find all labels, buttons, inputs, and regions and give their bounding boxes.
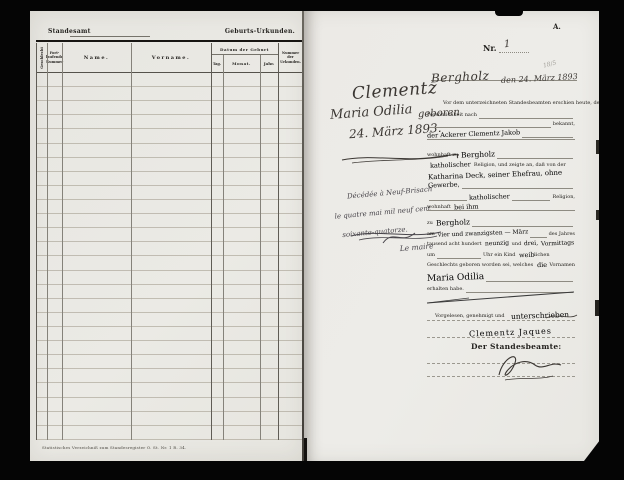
blank-rule: [427, 139, 575, 140]
page-gutter: [302, 11, 304, 461]
column-header-number: Fort- laufende Nummer: [47, 43, 62, 72]
frame-bottom: [0, 461, 624, 480]
right-page: A. 18/5 Clementz Maria Odilia geboren 24…: [303, 11, 599, 461]
table-row: [36, 101, 303, 115]
time-hw: Vormittags: [541, 239, 574, 248]
column-header-vorname: Vorname.: [131, 43, 211, 72]
table-row: [36, 383, 303, 397]
death-annotation-line2: le quatre mai mil neuf cent: [334, 204, 431, 221]
year-hw2: drei,: [524, 240, 538, 248]
table-vline: [278, 43, 279, 440]
nr-rule: [499, 52, 529, 53]
place2-hw: Bergholz: [436, 218, 470, 227]
names-hw: Maria Odilia: [427, 273, 484, 283]
table-row: [36, 200, 303, 214]
form-declarant-line: der Ackerer Clementz Jakob: [427, 128, 575, 138]
table-row: [36, 172, 303, 186]
table-row: [36, 256, 303, 270]
form-known-line: bekannt,: [427, 118, 575, 128]
form-religion1-line: katholischer Religion, und zeigte an, da…: [430, 159, 575, 169]
table-row: [36, 144, 303, 158]
article-hw: die: [537, 261, 547, 269]
printer-imprint: Statistisches Verzeichniß zum Standesreg…: [42, 445, 186, 450]
form-mother-line2: Gewerbe,: [428, 179, 575, 189]
fill-line: [472, 225, 573, 227]
frame-right: [599, 0, 624, 480]
frame-top-bump: [495, 0, 523, 16]
left-header-standesamt: Standesamt: [48, 28, 91, 35]
table-row: [36, 285, 303, 299]
table-row: [36, 214, 303, 228]
year-hw1: neunzig: [484, 240, 508, 249]
table-vline: [260, 55, 261, 440]
margin-given-names: Maria Odilia: [330, 102, 413, 123]
date-label1: am: [427, 231, 435, 238]
form-nr-value: 1: [504, 39, 511, 51]
table-vline: [47, 43, 48, 440]
fill-line: [462, 187, 573, 189]
table-row: [36, 87, 303, 101]
year-label1: tausend acht hundert: [427, 241, 482, 248]
form-names-line: Maria Odilia: [427, 270, 575, 282]
edge-mark: [595, 300, 599, 316]
known-label: bekannt,: [553, 121, 575, 128]
form-time-line: um Uhr ein Kind weib lichen: [427, 249, 575, 259]
table-vline: [62, 43, 63, 440]
table-row: [36, 129, 303, 143]
mother-hw2: Gewerbe,: [428, 180, 460, 189]
table-row: [36, 369, 303, 383]
form-mother-line: Katharina Deck, seiner Ehefrau, ohne: [428, 169, 575, 179]
table-row: [36, 115, 303, 129]
table-row: [36, 355, 303, 369]
column-header-date-group: Datum der Geburt: [211, 44, 278, 54]
column-header-year: Jahr.: [260, 55, 278, 72]
year-label2: und: [512, 241, 522, 248]
table-body-rows: [36, 73, 303, 440]
table-row: [36, 271, 303, 285]
column-header-day: Tag.: [211, 55, 223, 72]
column-header-month: Monat.: [223, 55, 260, 72]
sex-suffix: lichen: [534, 252, 549, 259]
form-place2-line: zu Bergholz: [427, 217, 575, 227]
sex-hw: weib: [518, 251, 534, 260]
form-date-line: am vier und zwanzigsten — März des Jahre…: [427, 228, 575, 238]
cancellation-stroke: [425, 289, 577, 305]
edge-mark: [596, 210, 599, 220]
left-header-geburtsurkunden: Geburts-Urkunden.: [225, 28, 295, 35]
frame-left: [0, 0, 30, 480]
table-row: [36, 341, 303, 355]
margin-surname: Clementz: [352, 79, 439, 104]
time-label2: Uhr ein Kind: [483, 252, 516, 259]
names-label: Vornamen: [549, 262, 575, 269]
signed-flourish-tail: [545, 311, 579, 321]
table-row: [36, 398, 303, 412]
form-religion2-line: katholischer Religion,: [427, 191, 575, 201]
table-row: [36, 327, 303, 341]
column-header-certificate-l3: Urkunden.: [280, 60, 301, 64]
intro-text: Vor dem unterzeichneten Standesbeamten e…: [443, 100, 602, 107]
register-scan: Standesamt Geburts-Urkunden. Geschlecht …: [0, 0, 624, 480]
form-residence-line: wohnhaft zu Bergholz: [427, 149, 575, 159]
declarant-hw: der Ackerer Clementz Jakob: [427, 128, 520, 139]
form-place-hw: Bergholz: [431, 68, 490, 85]
announce-text: Religion, und zeigte an, daß von der: [474, 162, 566, 169]
declarant-signature: Clementz Jaques: [469, 328, 552, 339]
left-page: Standesamt Geburts-Urkunden. Geschlecht …: [30, 11, 305, 461]
religion2-label: Religion,: [552, 194, 575, 201]
table-row: [36, 186, 303, 200]
table-row: [36, 313, 303, 327]
time-label1: um: [427, 252, 435, 259]
edge-mark: [596, 140, 599, 154]
table-row: [36, 158, 303, 172]
column-header-sex-label: Geschlecht: [40, 47, 44, 69]
standesamt-fill-line: [70, 36, 150, 37]
sex-text2: Geschlechts geboren worden sei, welches: [427, 262, 533, 269]
table-row: [36, 299, 303, 313]
header-rule: [36, 40, 303, 42]
table-row: [36, 242, 303, 256]
table-row: [36, 412, 303, 426]
table-vline: [36, 43, 37, 440]
fill-line: [522, 136, 573, 138]
blank-rule: [427, 210, 575, 211]
form-nr-label: Nr.: [483, 43, 497, 53]
column-header-number-l3: Nummer: [46, 60, 63, 64]
column-header-certificate: Nummer der Urkunden.: [278, 43, 303, 72]
table-row: [36, 228, 303, 242]
place2-label: zu: [427, 220, 433, 227]
death-annotation-line1: Décédée à Neuf-Brisach: [347, 185, 433, 201]
form-intro-line1: Vor dem unterzeichneten Standesbeamten e…: [443, 97, 575, 107]
form-year-line: tausend acht hundert neunzig und drei, V…: [427, 238, 575, 248]
table-row: [36, 73, 303, 87]
read-text: Vorgelesen, genehmigt und: [435, 313, 505, 320]
registrar-signature-flourish: [489, 347, 579, 385]
table-vline: [223, 55, 224, 440]
table-vline: [131, 43, 132, 440]
table-row: [36, 426, 303, 440]
column-header-name: Name.: [62, 43, 131, 72]
frame-top: [0, 0, 624, 11]
date-label2: des Jahres: [549, 231, 575, 238]
residence-label: wohnhaft zu: [427, 152, 458, 159]
form-declarant-signature-line: Clementz Jaques: [427, 325, 575, 338]
form-date-hw: den 24. März 1893: [500, 72, 577, 85]
gutter-bottom-mark: [304, 438, 307, 461]
corner-letter: A.: [553, 22, 561, 31]
fill-line: [486, 280, 573, 282]
form-place-date-line: Bergholz den 24. März 1893: [431, 66, 577, 81]
form-sex-line: Geschlechts geboren worden sei, welches …: [427, 259, 575, 269]
table-vline: [211, 43, 212, 440]
